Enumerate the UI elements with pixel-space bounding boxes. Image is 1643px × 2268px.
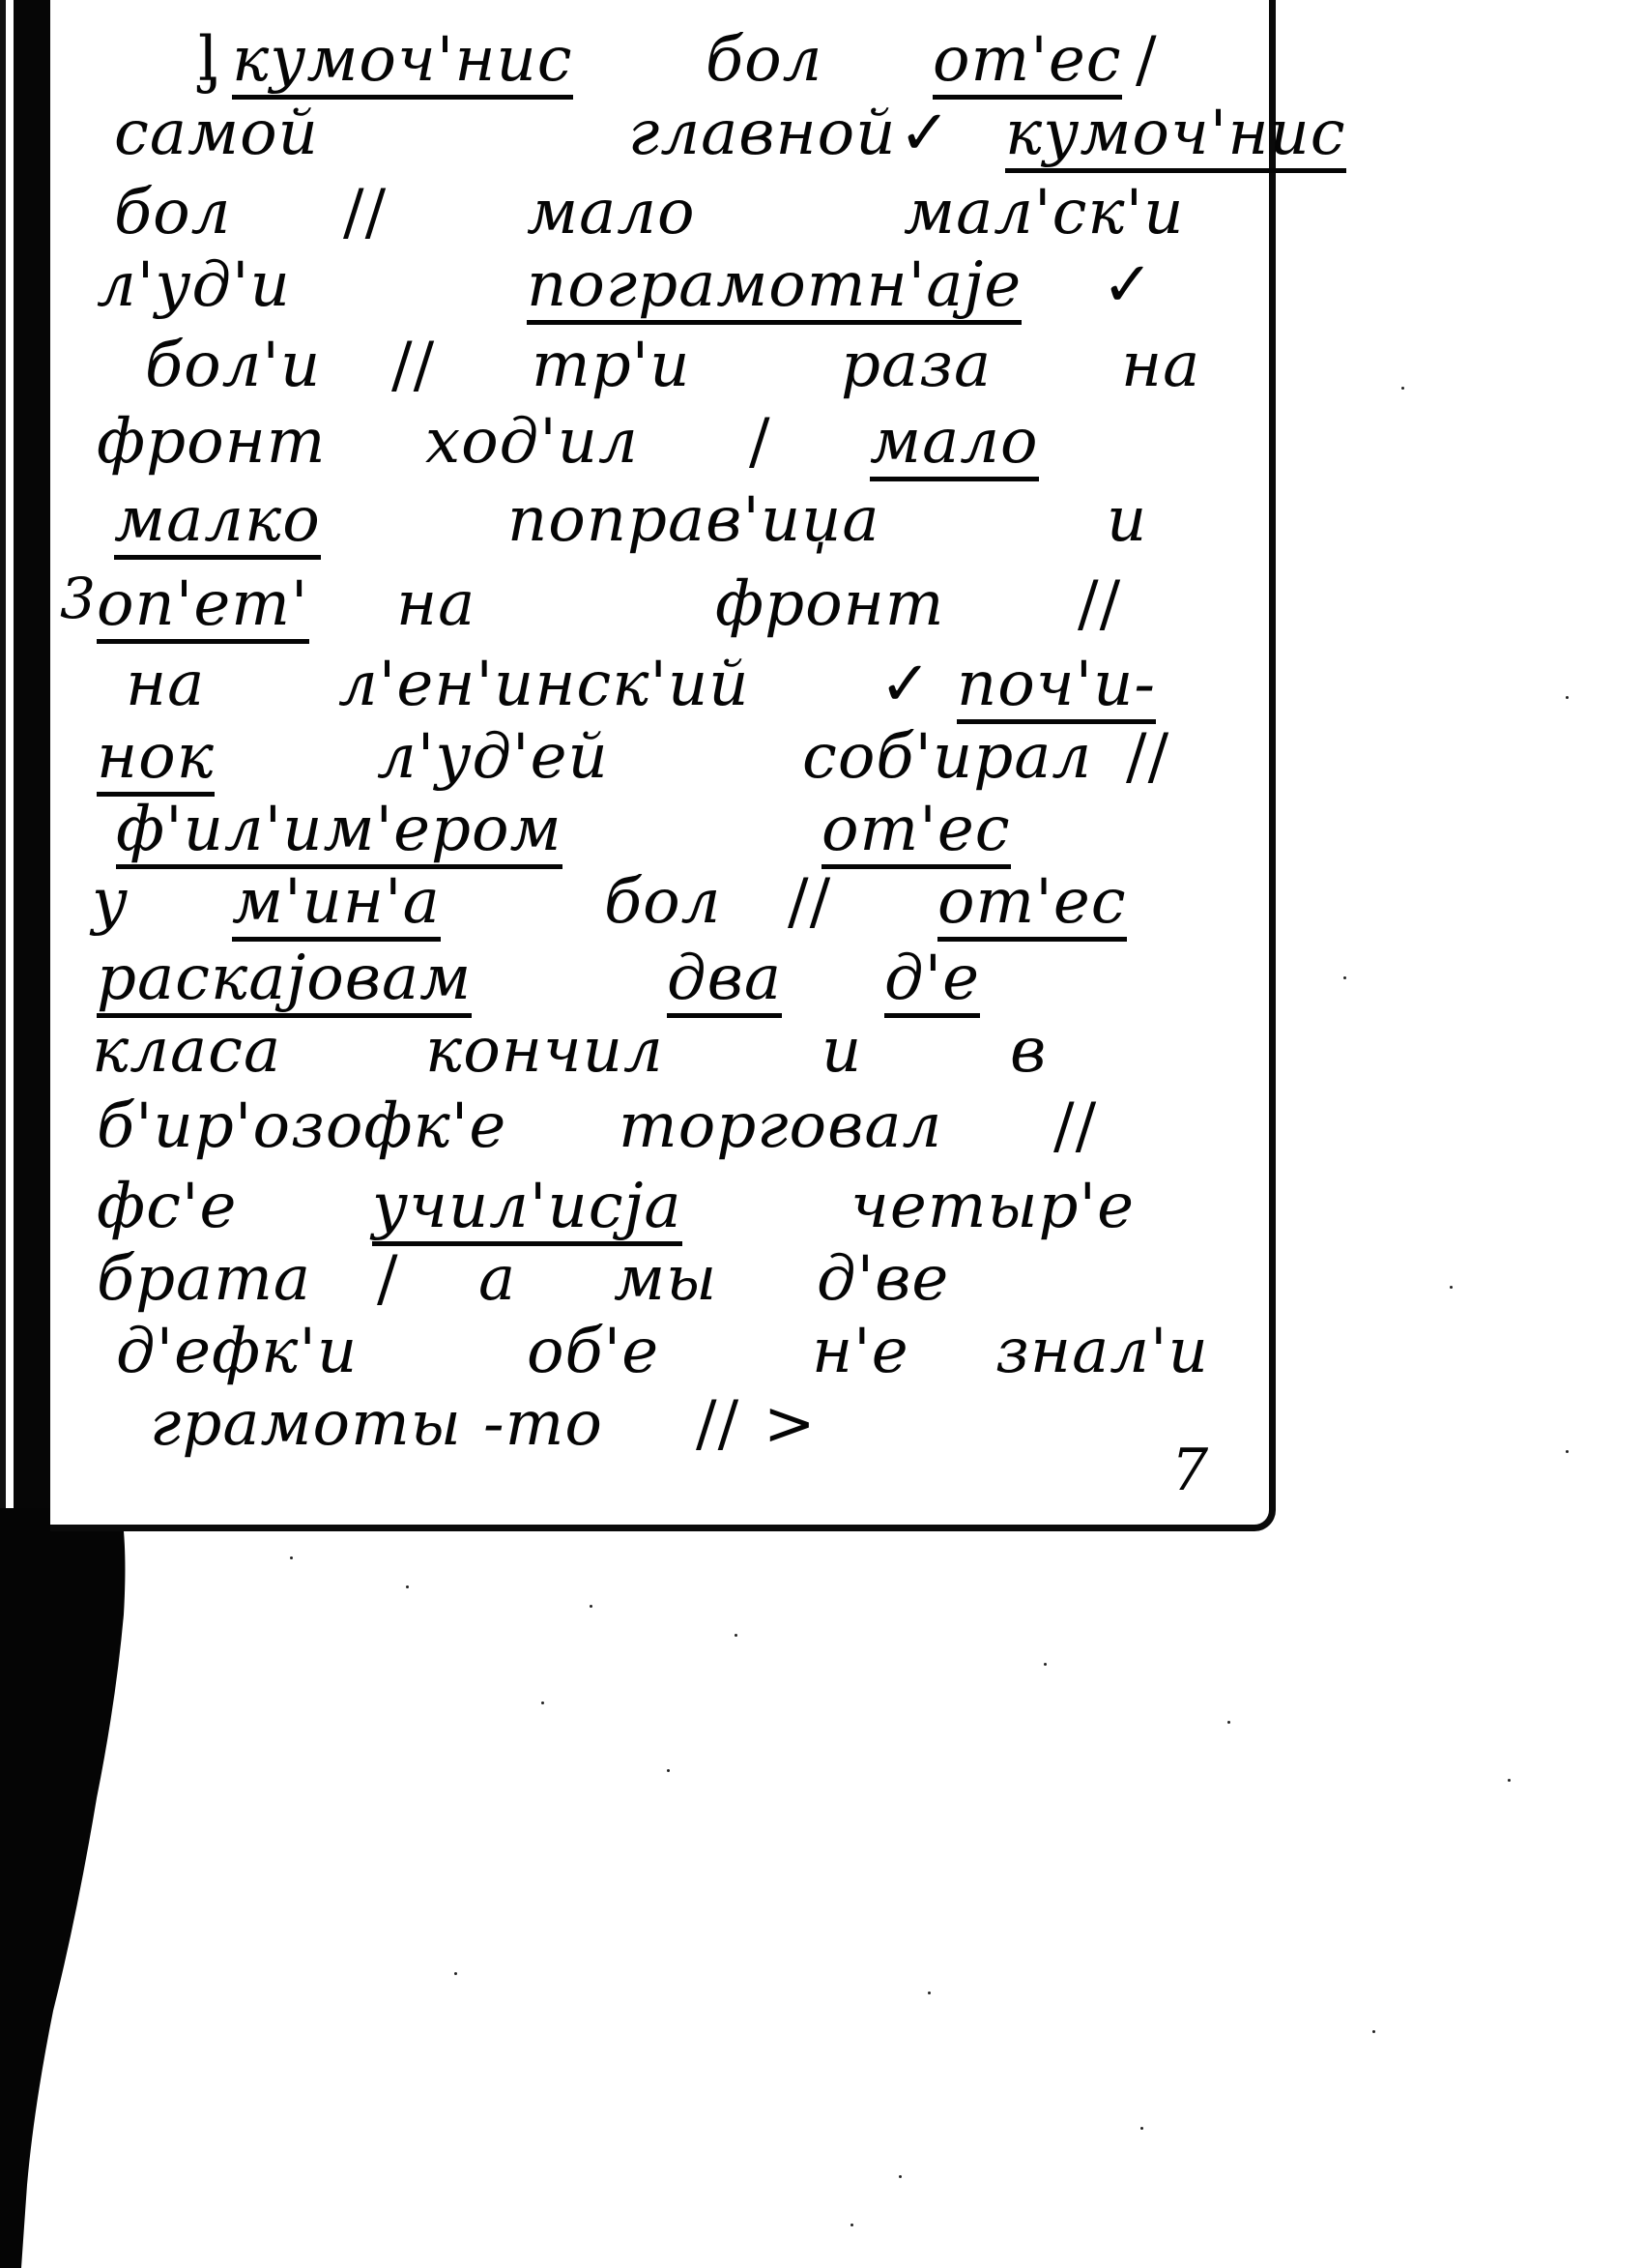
word: об'е xyxy=(527,1321,659,1382)
speck xyxy=(928,1992,931,1994)
underlined-word: кумоч'ниc xyxy=(1005,102,1346,173)
word: и xyxy=(1107,489,1147,551)
word: / xyxy=(1136,29,1158,91)
word: на xyxy=(1121,334,1200,396)
underlined-word: кумоч'ниc xyxy=(232,29,573,100)
word: на xyxy=(396,573,476,635)
word: в xyxy=(1010,1020,1047,1082)
speck xyxy=(899,2175,902,2178)
word: бол xyxy=(114,182,231,244)
word: // xyxy=(1126,726,1169,788)
notebook-spine-shadow xyxy=(14,0,52,1547)
speck xyxy=(1566,696,1569,699)
word: четыр'е xyxy=(850,1176,1135,1237)
word: // xyxy=(1053,1095,1097,1157)
underlined-word: мало xyxy=(870,411,1039,481)
word: д'ве xyxy=(817,1248,949,1310)
word: грамоты xyxy=(150,1393,462,1455)
word: // xyxy=(391,334,435,396)
word: л'уд'ей xyxy=(377,726,609,788)
speck xyxy=(290,1556,293,1559)
word: / xyxy=(749,411,771,473)
underlined-word: пограмотн'аjе xyxy=(527,254,1022,325)
underlined-word: оп'ет' xyxy=(97,573,309,644)
word: // xyxy=(696,1393,739,1455)
word: поправ'иџа xyxy=(507,489,880,551)
word: -то xyxy=(483,1393,603,1455)
word: ᶅ xyxy=(198,29,218,91)
word: кончил xyxy=(425,1020,664,1082)
word: торговал xyxy=(619,1095,942,1157)
speck xyxy=(735,1634,737,1637)
underlined-word: от'ес xyxy=(821,799,1011,869)
word: ✓ xyxy=(879,654,933,715)
word: главной xyxy=(628,102,896,164)
word: а xyxy=(478,1248,516,1310)
speck xyxy=(1140,2127,1143,2130)
word: н'е xyxy=(812,1321,909,1382)
binding-shadow-blotch xyxy=(0,1508,193,2268)
word: мы xyxy=(614,1248,717,1310)
underlined-word: два xyxy=(667,947,782,1018)
speck xyxy=(1450,1286,1453,1289)
word: бол xyxy=(604,871,721,933)
word: // xyxy=(343,182,387,244)
word: соб'ирал xyxy=(802,726,1092,788)
underlined-word: от'ес xyxy=(937,871,1127,942)
underlined-word: учил'исја xyxy=(372,1176,682,1246)
speck xyxy=(850,2224,853,2226)
underlined-word: м'ин'а xyxy=(232,871,441,942)
page-number: 7 xyxy=(1171,1437,1208,1504)
speck xyxy=(1343,976,1346,979)
word: на xyxy=(126,654,205,715)
scan-edge-highlight xyxy=(6,0,14,1508)
word: самой xyxy=(114,102,319,164)
speck xyxy=(454,1972,457,1975)
word: фронт xyxy=(97,411,326,473)
speck xyxy=(1372,2030,1375,2033)
word: тр'и xyxy=(532,334,690,396)
underlined-word: раскаjовам xyxy=(97,947,472,1018)
scanned-page: 3 7 ᶅкумоч'ниcболот'ес/самойглавной✓кумо… xyxy=(0,0,1643,2268)
underlined-word: д'е xyxy=(884,947,980,1018)
word: / xyxy=(377,1248,399,1310)
word: // xyxy=(1078,573,1121,635)
word: у xyxy=(92,871,129,933)
word: ✓ xyxy=(1102,254,1155,316)
speck xyxy=(541,1701,544,1704)
underlined-word: малко xyxy=(114,489,321,560)
word: л'ен'инск'ий xyxy=(338,654,749,715)
word: мал'ск'и xyxy=(904,182,1184,244)
word: бол'и xyxy=(145,334,321,396)
word: б'ир'озофк'е xyxy=(97,1095,506,1157)
speck xyxy=(1566,1450,1569,1453)
word: л'уд'и xyxy=(97,254,291,316)
underlined-word: нок xyxy=(97,726,215,797)
word: бол xyxy=(706,29,822,91)
word: д'ефк'и xyxy=(116,1321,358,1382)
speck xyxy=(590,1605,592,1608)
speck xyxy=(1227,1721,1230,1724)
speck xyxy=(1401,387,1404,390)
word: брата xyxy=(97,1248,311,1310)
word: и xyxy=(821,1020,862,1082)
underlined-word: ф'ил'им'ером xyxy=(116,799,562,869)
word: мало xyxy=(527,182,696,244)
word: знал'и xyxy=(995,1321,1209,1382)
word: ✓ xyxy=(899,102,952,164)
word: класа xyxy=(92,1020,281,1082)
word: фронт xyxy=(715,573,944,635)
word: ход'ил xyxy=(425,411,639,473)
speck xyxy=(406,1585,409,1588)
speck xyxy=(667,1769,670,1772)
underlined-word: поч'и- xyxy=(957,654,1156,724)
word: // xyxy=(788,871,831,933)
underlined-word: от'ес xyxy=(933,29,1122,100)
word: раза xyxy=(841,334,992,396)
word: > xyxy=(764,1393,817,1455)
speck xyxy=(1044,1663,1047,1666)
word: фс'е xyxy=(97,1176,237,1237)
speck xyxy=(1508,1779,1511,1782)
margin-note: 3 xyxy=(60,566,96,631)
